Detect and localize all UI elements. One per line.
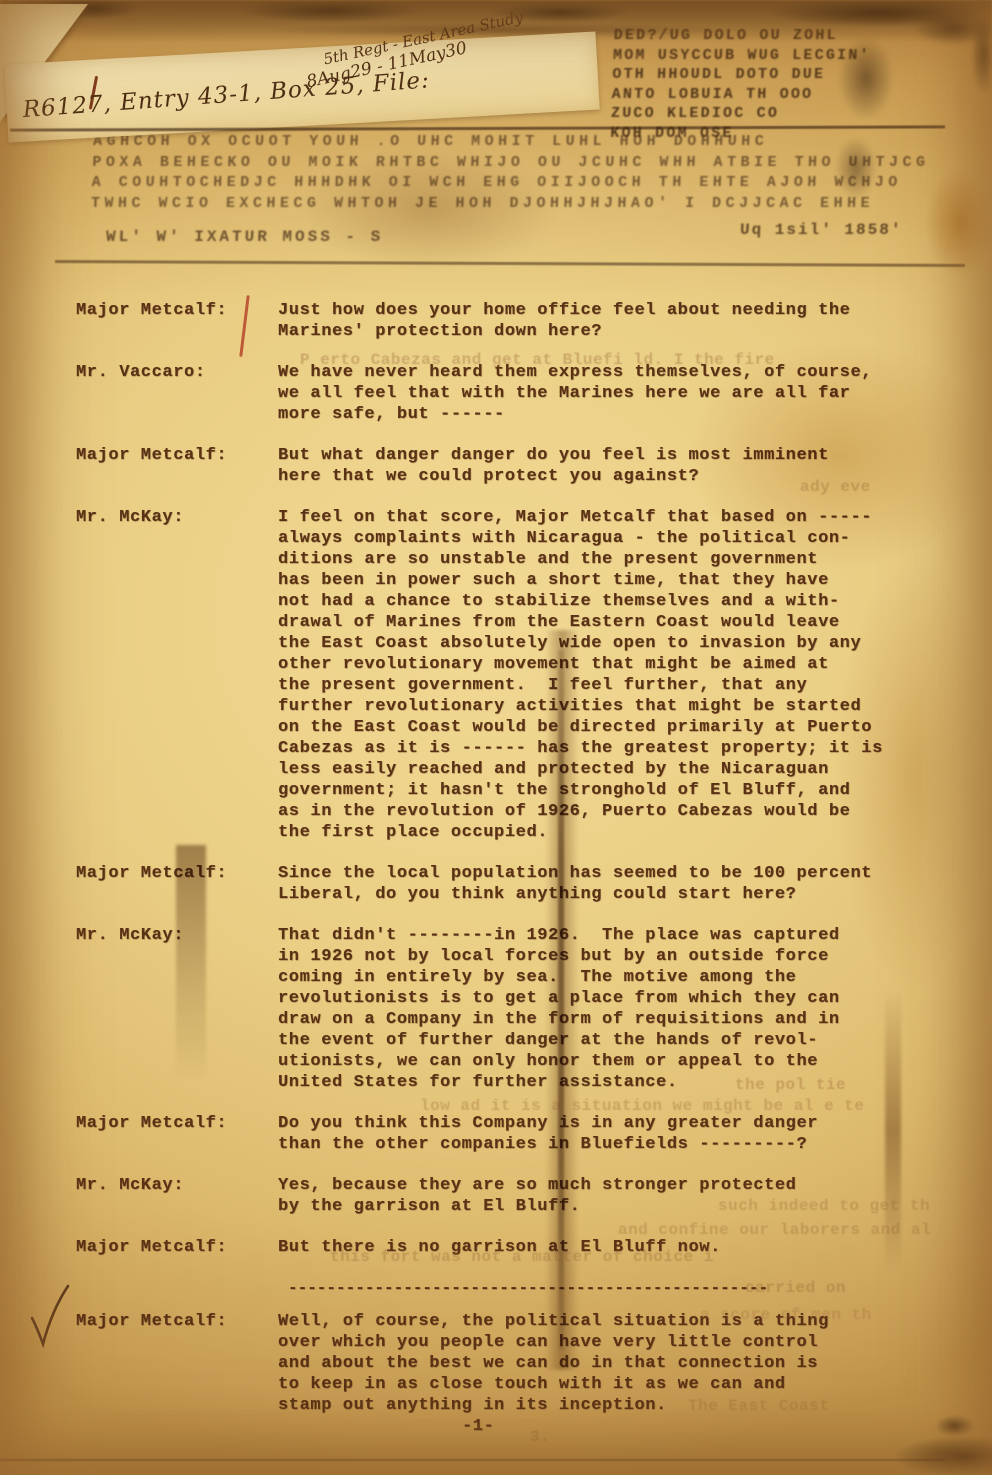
ghost-text: this fort was not a matter of choice i [330,1248,714,1266]
separator-dashes: ----------------------------------------… [288,1278,978,1299]
bleedthrough-line: ZUCO KLEDIOC CO [611,104,869,124]
ghost-text: P erto Cabezas and get at Bluefi ld. I t… [300,351,775,369]
ghost-text: low ad it is a situation we might be al … [420,1097,864,1115]
entry-text: Since the local population has seemed to… [278,863,872,905]
transcript-entry: Major Metcalf:Since the local population… [76,863,978,905]
ghost-text: ady eve [800,478,871,496]
transcript-entry: Mr. McKay:I feel on that score, Major Me… [76,507,978,843]
transcript-entry: Mr. Vaccaro:We have never heard them exp… [76,362,978,425]
bleedthrough-line: DED?/UG DOLO OU ZOHL [613,26,871,46]
speaker-label: Mr. McKay: [76,1175,278,1196]
speaker-label: Major Metcalf: [76,1311,278,1332]
speaker-label: Mr. McKay: [76,507,278,528]
transcript-entry: Major Metcalf:Just how does your home of… [76,300,978,342]
bleedthrough-line: OTH HHOUDL DOTO DUE [612,65,870,85]
ghost-text: the pol tie [735,1076,846,1094]
speaker-label: Mr. McKay: [76,925,278,946]
ghost-text: The East Coast [688,1397,829,1415]
bottom-rule [0,1459,945,1461]
entry-text: Do you think this Company is in any grea… [278,1113,818,1155]
transcript-entry: Major Metcalf:Well, of course, the polit… [76,1311,978,1416]
ghost-text: such indeed to get th [718,1197,930,1215]
speaker-label: Major Metcalf: [76,1237,278,1258]
transcript-entry: Major Metcalf:Do you think this Company … [76,1113,978,1155]
bleedthrough-line: TWHC WCIO EXCHECG WHTOH JE HOH DJOHHJHJH… [91,194,929,215]
bleedthrough-body-block: AGHCOH OX OCUOT YOUH .O UHC MOHIT LUHL H… [91,132,931,214]
entry-text: We have never heard them express themsel… [278,362,872,425]
entry-text: I feel on that score, Major Metcalf that… [278,507,883,843]
entry-text: That didn't --------in 1926. The place w… [278,925,840,1093]
speaker-label: Major Metcalf: [76,863,278,884]
ghost-text: a score of men th [700,1306,872,1324]
ghost-text: carried on [745,1279,846,1297]
transcript-entry: Mr. McKay:That didn't --------in 1926. T… [76,925,978,1093]
speaker-label: Major Metcalf: [76,445,278,466]
scanned-document-page: { "page": { "number": "-1-" }, "archival… [0,0,992,1475]
bleedthrough-line: MOM USYCCUB WUG LECGIN' [613,46,871,66]
bleedthrough-line: POXA BEHECKO OU MOIK RHTBC WHIJO OU JCUH… [92,153,930,174]
page-number: -1- [462,1416,494,1437]
bleedthrough-line: AGHCOH OX OCUOT YOUH .O UHC MOHIT LUHL H… [93,132,931,153]
entry-text: But what danger danger do you feel is mo… [278,445,829,487]
ghost-text: and confine our laborers and al [618,1221,931,1239]
checkmark-annotation [28,1282,80,1350]
bleedthrough-page-header: WL' W' IXATUR MOSS - S [106,228,384,246]
ghost-text: 3. [530,1428,550,1446]
bleedthrough-line: ANTO LOBUIA TH OOO [611,85,869,105]
bleedthrough-line: A COUHTOCHEDJC HHHDHK OI WCH EHG OIIJOOC… [91,173,929,194]
speaker-label: Major Metcalf: [76,1113,278,1134]
bleedthrough-date: Uq 1sil' 1858' [740,221,903,239]
speaker-label: Mr. Vaccaro: [76,362,278,383]
entry-text: Just how does your home office feel abou… [278,300,851,342]
